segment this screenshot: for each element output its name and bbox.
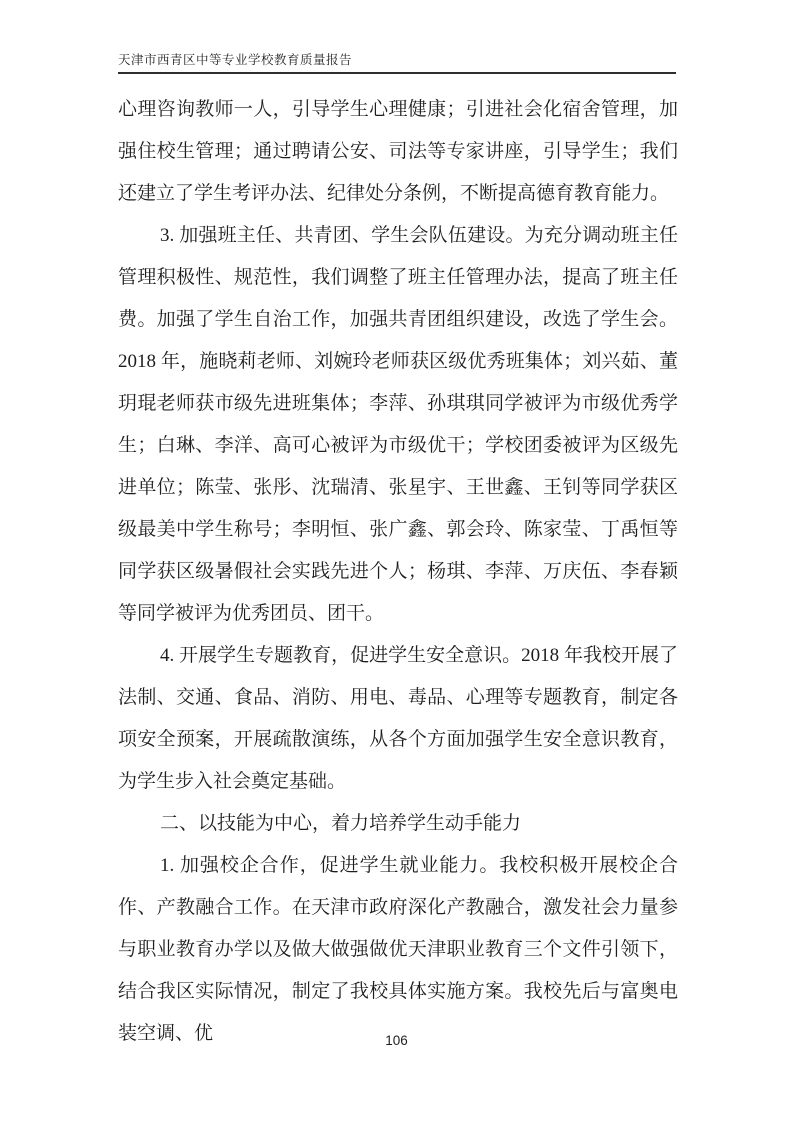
body-paragraph-item-1: 1. 加强校企合作，促进学生就业能力。我校积极开展校企合作、产教融合工作。在天津… [118, 845, 678, 1055]
document-page: 天津市西青区中等专业学校教育质量报告 心理咨询教师一人，引导学生心理健康；引进社… [0, 0, 793, 1122]
page-footer: 106 [0, 1032, 793, 1050]
page-number: 106 [385, 1033, 408, 1048]
body-paragraph-item-4: 4. 开展学生专题教育，促进学生安全意识。2018 年我校开展了法制、交通、食品… [118, 635, 678, 803]
header-rule [118, 72, 676, 74]
body-paragraph-continuation: 心理咨询教师一人，引导学生心理健康；引进社会化宿舍管理，加强住校生管理；通过聘请… [118, 89, 678, 215]
header-title: 天津市西青区中等专业学校教育质量报告 [118, 53, 676, 68]
page-header: 天津市西青区中等专业学校教育质量报告 [118, 53, 676, 74]
body-paragraph-item-3: 3. 加强班主任、共青团、学生会队伍建设。为充分调动班主任管理积极性、规范性，我… [118, 215, 678, 635]
section-heading: 二、以技能为中心，着力培养学生动手能力 [118, 803, 678, 845]
document-body: 心理咨询教师一人，引导学生心理健康；引进社会化宿舍管理，加强住校生管理；通过聘请… [118, 89, 678, 1055]
